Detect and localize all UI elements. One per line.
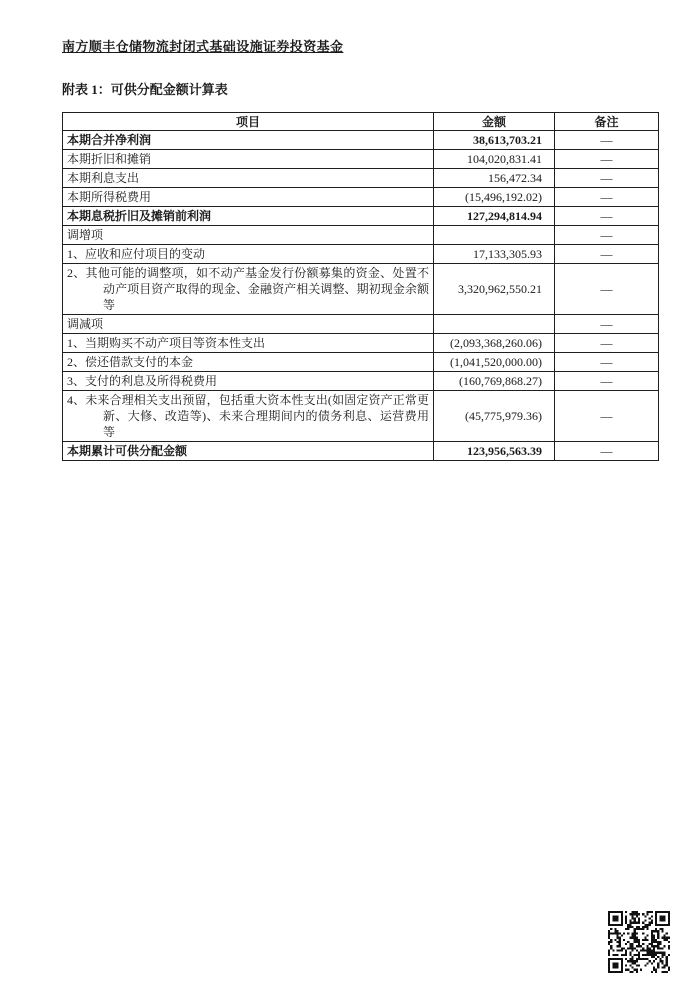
item-cell: 本期利息支出 <box>63 169 434 188</box>
table-row: 本期息税折旧及摊销前利润 127,294,814.94 — <box>63 207 659 226</box>
item-cell: 本期所得税费用 <box>63 188 434 207</box>
amount-cell: 3,320,962,550.21 <box>434 264 555 315</box>
remark-cell: — <box>555 391 659 442</box>
amount-cell: 156,472.34 <box>434 169 555 188</box>
header-row: 项目 金额 备注 <box>63 113 659 131</box>
table-row: 1、应收和应付项目的变动 17,133,305.93 — <box>63 245 659 264</box>
table-row-total: 本期累计可供分配金额 123,956,563.39 — <box>63 442 659 461</box>
table-row: 本期所得税费用 (15,496,192.02) — <box>63 188 659 207</box>
table-row: 2、偿还借款支付的本金 (1,041,520,000.00) — <box>63 353 659 372</box>
amount-cell: 104,020,831.41 <box>434 150 555 169</box>
qr-code-icon <box>608 911 670 973</box>
table-row: 4、未来合理相关支出预留，包括重大资本性支出(如固定资产正常更新、大修、改造等)… <box>63 391 659 442</box>
amount-cell: (2,093,368,260.06) <box>434 334 555 353</box>
amount-cell: (15,496,192.02) <box>434 188 555 207</box>
document-page: 南方顺丰仓储物流封闭式基础设施证券投资基金 附表 1：可供分配金额计算表 项目 … <box>0 0 700 990</box>
table-row-section-add: 调增项 — <box>63 226 659 245</box>
item-cell: 调减项 <box>63 315 434 334</box>
table-row: 3、支付的利息及所得税费用 (160,769,868.27) — <box>63 372 659 391</box>
amount-cell <box>434 315 555 334</box>
remark-cell: — <box>555 226 659 245</box>
table-row: 本期利息支出 156,472.34 — <box>63 169 659 188</box>
remark-cell: — <box>555 353 659 372</box>
amount-cell: 17,133,305.93 <box>434 245 555 264</box>
col-header-remark: 备注 <box>555 113 659 131</box>
amount-cell: 38,613,703.21 <box>434 131 555 150</box>
remark-cell: — <box>555 442 659 461</box>
table-caption: 附表 1：可供分配金额计算表 <box>62 79 228 98</box>
item-cell: 3、支付的利息及所得税费用 <box>63 372 434 391</box>
item-cell: 1、当期购买不动产项目等资本性支出 <box>63 334 434 353</box>
item-cell: 2、偿还借款支付的本金 <box>63 353 434 372</box>
item-cell: 本期合并净利润 <box>63 131 434 150</box>
remark-cell: — <box>555 188 659 207</box>
col-header-item: 项目 <box>63 113 434 131</box>
item-cell: 2、其他可能的调整项，如不动产基金发行份额募集的资金、处置不动产项目资产取得的现… <box>63 264 434 315</box>
table-row: 1、当期购买不动产项目等资本性支出 (2,093,368,260.06) — <box>63 334 659 353</box>
item-cell: 调增项 <box>63 226 434 245</box>
remark-cell: — <box>555 372 659 391</box>
amount-cell: 123,956,563.39 <box>434 442 555 461</box>
fund-name: 南方顺丰仓储物流封闭式基础设施证券投资基金 <box>62 36 343 55</box>
item-cell: 4、未来合理相关支出预留，包括重大资本性支出(如固定资产正常更新、大修、改造等)… <box>63 391 434 442</box>
remark-cell: — <box>555 169 659 188</box>
table-row-section-subtract: 调减项 — <box>63 315 659 334</box>
item-cell: 本期累计可供分配金额 <box>63 442 434 461</box>
remark-cell: — <box>555 131 659 150</box>
table-row: 2、其他可能的调整项，如不动产基金发行份额募集的资金、处置不动产项目资产取得的现… <box>63 264 659 315</box>
table-row: 本期合并净利润 38,613,703.21 — <box>63 131 659 150</box>
col-header-amount: 金额 <box>434 113 555 131</box>
amount-cell: (45,775,979.36) <box>434 391 555 442</box>
remark-cell: — <box>555 207 659 226</box>
remark-cell: — <box>555 264 659 315</box>
remark-cell: — <box>555 245 659 264</box>
item-cell: 本期息税折旧及摊销前利润 <box>63 207 434 226</box>
item-cell: 本期折旧和摊销 <box>63 150 434 169</box>
remark-cell: — <box>555 334 659 353</box>
item-cell: 1、应收和应付项目的变动 <box>63 245 434 264</box>
amount-cell: (1,041,520,000.00) <box>434 353 555 372</box>
table-row: 本期折旧和摊销 104,020,831.41 — <box>63 150 659 169</box>
distributable-amount-table: 项目 金额 备注 本期合并净利润 38,613,703.21 — 本期折旧和摊销… <box>62 112 659 461</box>
remark-cell: — <box>555 150 659 169</box>
remark-cell: — <box>555 315 659 334</box>
amount-cell: 127,294,814.94 <box>434 207 555 226</box>
amount-cell: (160,769,868.27) <box>434 372 555 391</box>
amount-cell <box>434 226 555 245</box>
